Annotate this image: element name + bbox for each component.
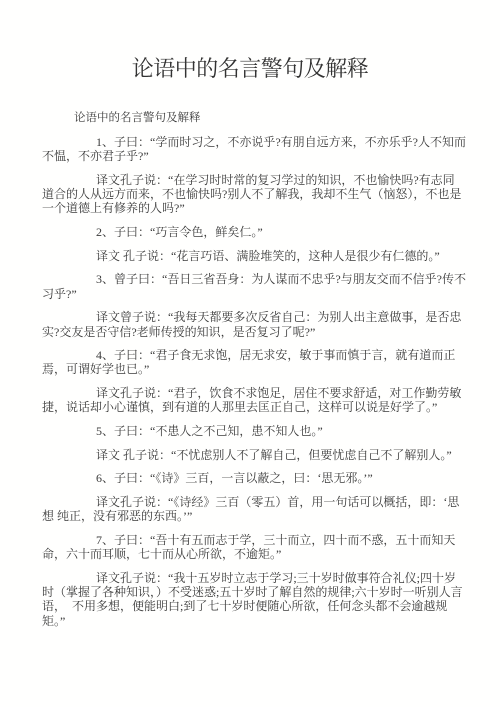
paragraph: 译文孔子说：“在学习时时常的复习学过的知识，不也愉快吗?有志同道合的人从远方而来… (42, 173, 466, 216)
page-title: 论语中的名言警句及解释 (0, 55, 500, 82)
paragraph: 译文 孔子说：“花言巧语、满脸堆笑的，这种人是很少有仁德的。” (42, 249, 466, 263)
document-body: 1、子曰：“学而时习之，不亦说乎?有朋自远方来，不亦乐乎?人不知而不愠，不亦君子… (0, 135, 500, 628)
paragraph: 6、子曰：“《诗》三百，一言以蔽之，曰：‘思无邪。’” (42, 471, 466, 485)
paragraph: 7、子曰：“吾十有五而志于学，三十而立，四十而不惑，五十而知天命，六十而耳顺，七… (42, 533, 466, 561)
paragraph: 5、子曰：“不患人之不己知，患不知人也。” (42, 424, 466, 438)
paragraph: 译文孔子说：“《诗经》三百（零五）首，用一句话可以概括，即：‘思想 纯正，没有邪… (42, 495, 466, 523)
paragraph: 4、子曰：“君子食无求饱，居无求安，敏于事而慎于言，就有道而正焉，可谓好学也已。… (42, 348, 466, 376)
paragraph: 2、子曰：“巧言令色，鲜矣仁。” (42, 225, 466, 239)
paragraph: 译文孔子说：“我十五岁时立志于学习;三十岁时做事符合礼仪;四十岁时（掌握了各种知… (42, 571, 466, 628)
paragraph: 3、曾子曰：“吾日三省吾身：为人谋而不忠乎?与朋友交而不信乎?传不习乎?” (42, 272, 466, 300)
paragraph: 译文孔子说：“君子，饮食不求饱足，居住不要求舒适，对工作勤劳敏捷，说话却小心谨慎… (42, 386, 466, 414)
document-subtitle: 论语中的名言警句及解释 (74, 111, 500, 125)
paragraph: 译文 孔子说：“不忧虑别人不了解自己，但要忧虑自己不了解别人。” (42, 448, 466, 462)
document-page: 论语中的名言警句及解释 论语中的名言警句及解释 1、子曰：“学而时习之，不亦说乎… (0, 0, 500, 707)
paragraph: 1、子曰：“学而时习之，不亦说乎?有朋自远方来，不亦乐乎?人不知而不愠，不亦君子… (42, 135, 466, 163)
paragraph: 译文曾子说：“我每天都要多次反省自己：为别人出主意做事，是否忠实?交友是否守信?… (42, 310, 466, 338)
